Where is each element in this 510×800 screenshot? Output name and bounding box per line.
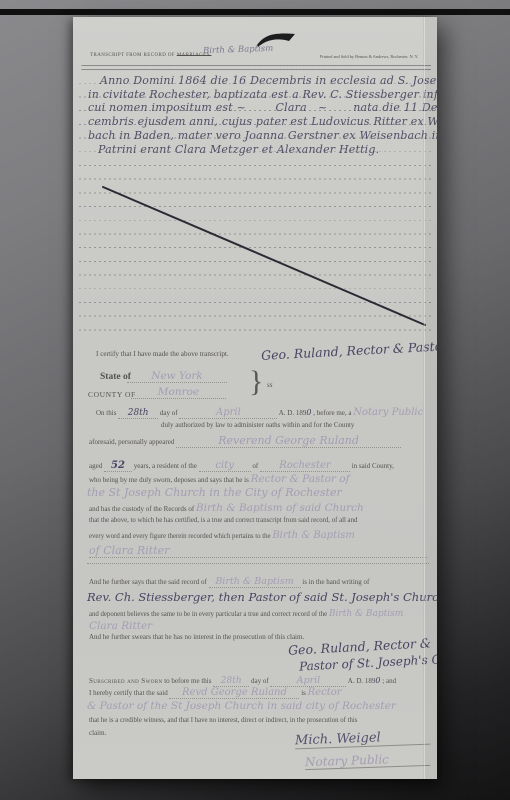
county-blank: Monroe (131, 386, 226, 399)
oath-opening-line: On this 28th day of April A. D. 1890 , b… (96, 407, 437, 419)
appeared-line: aforesaid, personally appeared Reverend … (89, 434, 401, 448)
blank-dotted-rule (87, 551, 429, 564)
state-blank: New York (127, 370, 227, 383)
county-suffix: in said County, (352, 462, 394, 470)
officer-title: Notary Public (353, 407, 423, 418)
jurat-and: ; and (382, 677, 396, 685)
sworn-line: who being by me duly sworn, deposes and … (89, 473, 350, 485)
custody-value: Birth & Baptism of said Church (196, 502, 364, 514)
aged-label: aged (89, 462, 102, 470)
day-of-label: day of (160, 409, 178, 417)
ad-prefix: A. D. 189 (279, 409, 307, 417)
record-line: bach in Baden, mater vero Joanna Gerstne… (88, 129, 429, 143)
record-line: cembris ejusdem anni, cujus pater est Lu… (88, 115, 429, 129)
record-of-blank: Birth & Baptism (209, 576, 301, 588)
claim-word: claim. (89, 729, 106, 737)
record-of-text: And he further says that the said record… (89, 578, 207, 586)
jurat-day-of: day of (251, 677, 269, 685)
subscribed-label: Subscribed and Sworn (89, 677, 162, 685)
jurat-day-blank: 28th (213, 676, 249, 687)
pertains-value: Birth & Baptism (272, 530, 355, 541)
pertains-line: every word and every figure therein reco… (89, 530, 355, 541)
credible-line: that he is a credible witness, and that … (89, 717, 357, 724)
aged-line: aged 52 years, a resident of the city of… (89, 460, 394, 472)
age-blank: 52 (104, 460, 132, 472)
page-fold-line (423, 17, 425, 779)
oath-day-blank: 28th (118, 408, 158, 419)
residence-type-blank: city (199, 460, 251, 472)
believes-value: Birth & Baptism (329, 609, 403, 619)
record-line: Anno Domini 1864 die 16 Decembris in ecc… (88, 74, 429, 88)
custody-text: and has the custody of the Records of (89, 505, 194, 513)
aforesaid-label: aforesaid, personally appeared (89, 438, 174, 446)
jurat-line: Subscribed and Sworn to before me this 2… (89, 675, 396, 687)
record-line: Patrini erant Clara Metzger et Alexander… (88, 143, 429, 157)
no-interest-line: And he further swears that he has no int… (89, 633, 304, 641)
authorized-line: duly authorized by law to administer oat… (161, 421, 354, 429)
jurat-ad-year: 0 (375, 676, 380, 685)
resident-label: years, a resident of the (134, 462, 197, 470)
true-correct-line: that the above, to which he has certifie… (89, 517, 357, 524)
church-line: the St Joseph Church in the City of Roch… (87, 486, 342, 499)
jurat-position-line: & Pastor of the St Joseph Church in said… (87, 700, 396, 712)
custody-line: and has the custody of the Records of Bi… (89, 502, 364, 514)
record-line: cui nomen impositum est ~ Clara ~ nata d… (88, 101, 429, 115)
certify-transcript-line: I certify that I have made the above tra… (96, 350, 229, 358)
sworn-text: who being by me duly sworn, deposes and … (89, 476, 249, 484)
jurat-position-head: Rector (308, 687, 342, 698)
venue-ss: ss (267, 381, 272, 389)
writer-line: Rev. Ch. Stiessberger, then Pastor of sa… (87, 590, 437, 604)
position-value: Rector & Pastor of (251, 473, 350, 485)
document-page: TRANSCRIPT FROM RECORD OF MARRIAGES. Bir… (73, 17, 437, 779)
oath-month-blank: April (179, 407, 277, 419)
jurat-month-blank: April (270, 675, 346, 687)
venue-brace: } (249, 367, 263, 397)
ad-year: 0 (306, 408, 311, 417)
believes-text: and deponent believes the same to be in … (89, 611, 327, 618)
photo-background-band (0, 9, 510, 15)
is-label: is (301, 689, 306, 697)
county-label: COUNTY OF (88, 390, 136, 399)
county-value: Monroe (131, 386, 226, 399)
residence-place-blank: Rochester (260, 460, 350, 472)
believes-line: and deponent believes the same to be in … (89, 609, 403, 619)
jurat-certify-line: I hereby certify that the said Revd Geor… (89, 687, 342, 699)
on-this-label: On this (96, 409, 116, 417)
jurat-name-blank: Revd George Ruland (169, 687, 299, 699)
state-value: New York (127, 370, 227, 383)
to-before-label: to before me this (164, 677, 211, 685)
of-label: of (252, 462, 258, 470)
before-me-label: , before me, a (313, 409, 351, 417)
believes-subject: Clara Ritter (89, 620, 152, 632)
page-fold-shade (425, 17, 437, 779)
record-of-line: And he further says that the said record… (89, 576, 369, 588)
handwriting-suffix: is in the hand writing of (302, 578, 369, 586)
hereby-certify-text: I hereby certify that the said (89, 689, 168, 697)
pertains-text: every word and every figure therein reco… (89, 533, 271, 540)
jurat-ad-prefix: A. D. 189 (348, 677, 376, 685)
record-entry: Anno Domini 1864 die 16 Decembris in ecc… (88, 74, 429, 156)
record-line: in civitate Rochester, baptizata est a R… (88, 88, 429, 102)
appeared-name-blank: Reverend George Ruland (176, 434, 401, 448)
